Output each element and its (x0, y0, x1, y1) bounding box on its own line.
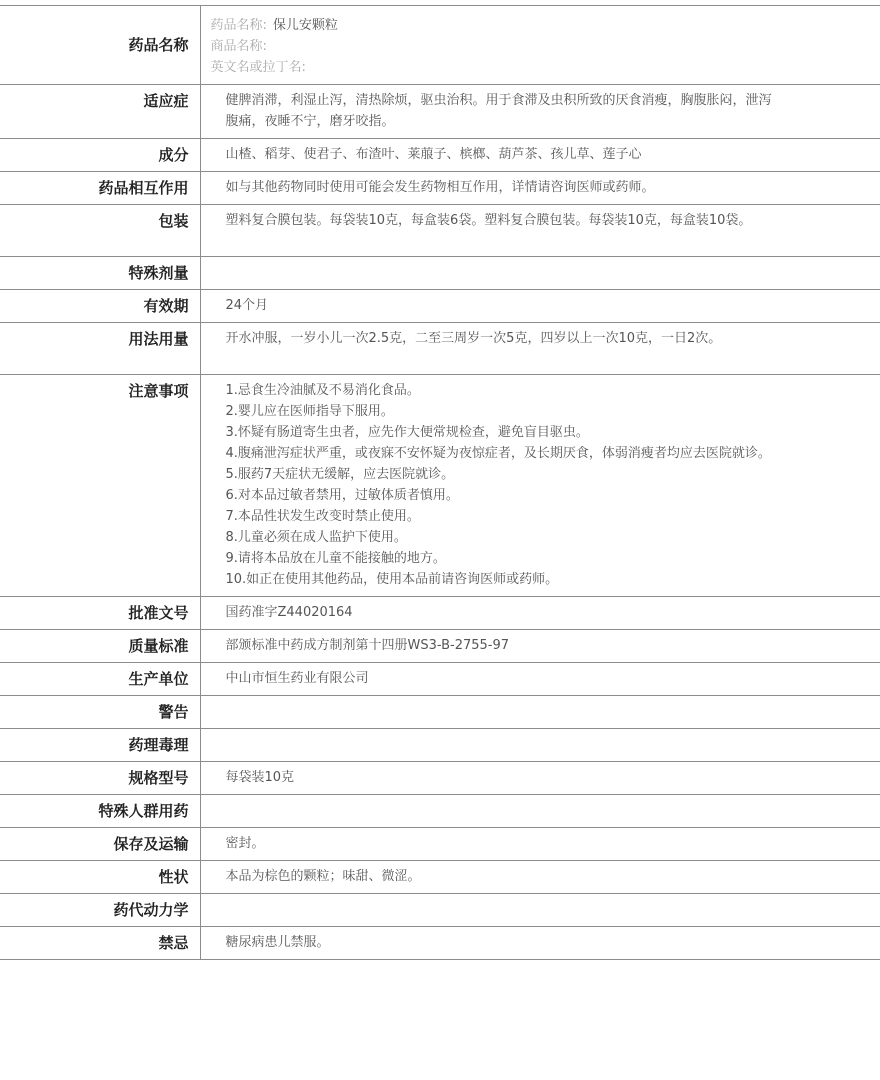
row-label: 保存及运输 (0, 828, 200, 861)
row-value (200, 696, 880, 729)
list-item: 4.腹痛泄泻症状严重，或夜寐不安怀疑为夜惊症者，及长期厌食，体弱消瘦者均应去医院… (226, 443, 781, 464)
list-item: 6.对本品过敏者禁用，过敏体质者慎用。 (226, 485, 781, 506)
row-special-dosage: 特殊剂量 (0, 257, 880, 290)
row-label: 药品相互作用 (0, 172, 200, 205)
row-label: 成分 (0, 139, 200, 172)
list-item: 10.如正在使用其他药品，使用本品前请咨询医师或药师。 (226, 569, 781, 590)
list-item: 9.请将本品放在儿童不能接触的地方。 (226, 548, 781, 569)
row-interactions: 药品相互作用 如与其他药物同时使用可能会发生药物相互作用，详情请咨询医师或药师。 (0, 172, 880, 205)
row-warning: 警告 (0, 696, 880, 729)
trade-name-key: 商品名称: (211, 39, 267, 54)
drug-spec-table: 药品名称 药品名称:保儿安颗粒 商品名称: 英文名或拉丁名: 适应症 健脾消滞，… (0, 5, 880, 960)
row-value (200, 795, 880, 828)
list-item: 8.儿童必须在成人监护下使用。 (226, 527, 781, 548)
generic-name-key: 药品名称: (211, 18, 267, 33)
row-value: 每袋装10克 (200, 762, 880, 795)
precautions-list: 1.忌食生冷油腻及不易消化食品。 2.婴儿应在医师指导下服用。 3.怀疑有肠道寄… (226, 380, 781, 590)
row-value: 国药准字Z44020164 (200, 597, 880, 630)
row-value: 开水冲服，一岁小儿一次2.5克，二至三周岁一次5克，四岁以上一次10克，一日2次… (200, 323, 880, 375)
row-value: 本品为棕色的颗粒；味甜、微涩。 (200, 861, 880, 894)
row-value: 中山市恒生药业有限公司 (200, 663, 880, 696)
row-drug-name: 药品名称 药品名称:保儿安颗粒 商品名称: 英文名或拉丁名: (0, 6, 880, 85)
row-precautions: 注意事项 1.忌食生冷油腻及不易消化食品。 2.婴儿应在医师指导下服用。 3.怀… (0, 375, 880, 597)
english-name-key: 英文名或拉丁名: (211, 60, 306, 75)
row-value (200, 257, 880, 290)
row-label: 质量标准 (0, 630, 200, 663)
row-label: 有效期 (0, 290, 200, 323)
row-label: 药代动力学 (0, 894, 200, 927)
list-item: 1.忌食生冷油腻及不易消化食品。 (226, 380, 781, 401)
row-ingredients: 成分 山楂、稻芽、使君子、布渣叶、莱菔子、槟榔、葫芦茶、孩儿草、莲子心 (0, 139, 880, 172)
list-item: 7.本品性状发生改变时禁止使用。 (226, 506, 781, 527)
row-label: 包装 (0, 205, 200, 257)
row-indications: 适应症 健脾消滞，利湿止泻，清热除烦，驱虫治积。用于食滞及虫积所致的厌食消瘦，胸… (0, 85, 880, 139)
row-value: 部颁标准中药成方制剂第十四册WS3-B-2755-97 (200, 630, 880, 663)
row-label: 用法用量 (0, 323, 200, 375)
row-value: 糖尿病患儿禁服。 (200, 927, 880, 960)
row-pharmacokinetics: 药代动力学 (0, 894, 880, 927)
row-value: 密封。 (200, 828, 880, 861)
generic-name-value: 保儿安颗粒 (273, 18, 338, 33)
row-value: 如与其他药物同时使用可能会发生药物相互作用，详情请咨询医师或药师。 (200, 172, 880, 205)
row-label: 批准文号 (0, 597, 200, 630)
row-manufacturer: 生产单位 中山市恒生药业有限公司 (0, 663, 880, 696)
precautions-values: 1.忌食生冷油腻及不易消化食品。 2.婴儿应在医师指导下服用。 3.怀疑有肠道寄… (200, 375, 880, 597)
row-label: 药理毒理 (0, 729, 200, 762)
row-pharmacology: 药理毒理 (0, 729, 880, 762)
row-shelf-life: 有效期 24个月 (0, 290, 880, 323)
english-name-line: 英文名或拉丁名: (211, 57, 781, 78)
row-label: 药品名称 (0, 6, 200, 85)
row-label: 特殊剂量 (0, 257, 200, 290)
trade-name-line: 商品名称: (211, 36, 781, 57)
row-approval-number: 批准文号 国药准字Z44020164 (0, 597, 880, 630)
row-dosage: 用法用量 开水冲服，一岁小儿一次2.5克，二至三周岁一次5克，四岁以上一次10克… (0, 323, 880, 375)
list-item: 2.婴儿应在医师指导下服用。 (226, 401, 781, 422)
list-item: 5.服药7天症状无缓解，应去医院就诊。 (226, 464, 781, 485)
row-label: 规格型号 (0, 762, 200, 795)
row-storage: 保存及运输 密封。 (0, 828, 880, 861)
row-label: 特殊人群用药 (0, 795, 200, 828)
row-label: 生产单位 (0, 663, 200, 696)
row-special-populations: 特殊人群用药 (0, 795, 880, 828)
row-value: 24个月 (200, 290, 880, 323)
row-contraindications: 禁忌 糖尿病患儿禁服。 (0, 927, 880, 960)
list-item: 3.怀疑有肠道寄生虫者，应先作大便常规检查，避免盲目驱虫。 (226, 422, 781, 443)
row-label: 性状 (0, 861, 200, 894)
row-value: 山楂、稻芽、使君子、布渣叶、莱菔子、槟榔、葫芦茶、孩儿草、莲子心 (200, 139, 880, 172)
row-value (200, 894, 880, 927)
row-quality-standard: 质量标准 部颁标准中药成方制剂第十四册WS3-B-2755-97 (0, 630, 880, 663)
row-specification: 规格型号 每袋装10克 (0, 762, 880, 795)
row-description: 性状 本品为棕色的颗粒；味甜、微涩。 (0, 861, 880, 894)
row-value: 健脾消滞，利湿止泻，清热除烦，驱虫治积。用于食滞及虫积所致的厌食消瘦，胸腹胀闷，… (200, 85, 880, 139)
row-label: 警告 (0, 696, 200, 729)
row-packaging: 包装 塑料复合膜包装。每袋装10克，每盒装6袋。塑料复合膜包装。每袋装10克，每… (0, 205, 880, 257)
row-label: 禁忌 (0, 927, 200, 960)
row-value: 塑料复合膜包装。每袋装10克，每盒装6袋。塑料复合膜包装。每袋装10克，每盒装1… (200, 205, 880, 257)
row-value (200, 729, 880, 762)
row-label: 注意事项 (0, 375, 200, 597)
row-label: 适应症 (0, 85, 200, 139)
name-values: 药品名称:保儿安颗粒 商品名称: 英文名或拉丁名: (200, 6, 880, 85)
generic-name-line: 药品名称:保儿安颗粒 (211, 15, 781, 36)
